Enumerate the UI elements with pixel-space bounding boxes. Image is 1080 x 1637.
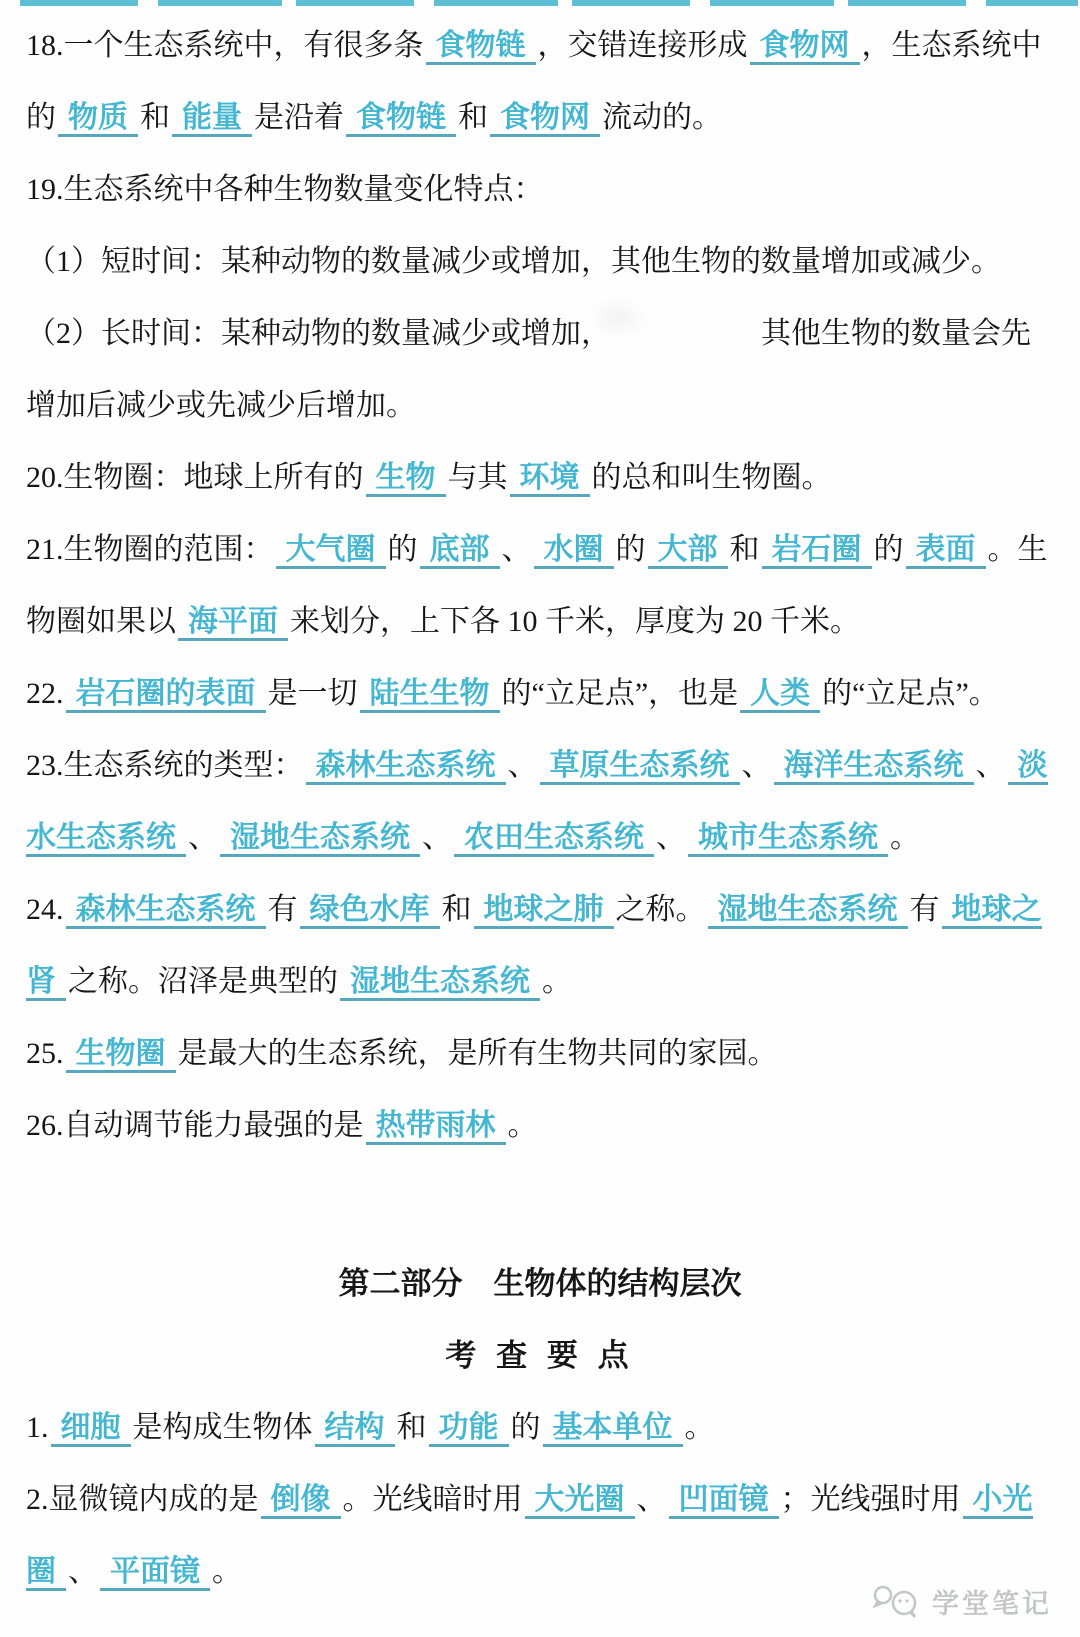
answer-blank: 生物: [366, 461, 446, 497]
text-run: 20.生物圈：地球上所有的: [26, 461, 364, 494]
text-run: 、: [656, 821, 686, 854]
answer-blank: 食物网: [750, 29, 860, 65]
text-run: 22.: [26, 677, 64, 710]
answer-blank: 绿色水库: [300, 893, 440, 929]
text-run: （1）短时间：某种动物的数量减少或增加，其他生物的数量增加或减少。: [26, 245, 1001, 278]
text-run: 是一切: [268, 677, 358, 710]
note-item-23: 23.生态系统的类型：森林生态系统、草原生态系统、海洋生态系统、淡水生态系统、湿…: [26, 730, 1054, 874]
answer-blank: 底部: [420, 533, 500, 569]
text-run: 23.生态系统的类型：: [26, 749, 304, 782]
text-run: 。: [542, 965, 572, 998]
watermark: 学堂笔记: [872, 1582, 1052, 1621]
answer-blank: 功能: [429, 1411, 509, 1447]
text-run: 2.显微镜内成的是: [26, 1483, 259, 1516]
text-run: 有: [910, 893, 940, 926]
section-subtitle: 考 查 要 点: [26, 1320, 1054, 1392]
answer-blank: 湿地生态系统: [340, 965, 540, 1001]
note-item-22: 22.岩石圈的表面是一切陆生生物的“立足点”，也是人类的“立足点”。: [26, 658, 1054, 730]
answer-blank: 森林生态系统: [306, 749, 506, 785]
answer-blank: 海洋生态系统: [774, 749, 974, 785]
answer-blank: 热带雨林: [366, 1109, 506, 1145]
answer-blank: 大气圈: [276, 533, 386, 569]
answer-blank: 地球之肺: [474, 893, 614, 929]
note-item-19-2: （2）长时间：某种动物的数量减少或增加，其他生物的数量会先增加后减少或先减少后增…: [26, 298, 1054, 442]
text-run: 、: [637, 1483, 667, 1516]
answer-blank: 草原生态系统: [540, 749, 740, 785]
answer-blank: 凹面镜: [669, 1483, 779, 1519]
answer-blank: 生物圈: [66, 1037, 176, 1073]
text-run: 、: [68, 1555, 98, 1588]
answer-blank: 陆生生物: [360, 677, 500, 713]
section-title: 第二部分 生物体的结构层次: [26, 1248, 1054, 1320]
text-run: 、: [188, 821, 218, 854]
text-run: 有: [268, 893, 298, 926]
answer-blank: 表面: [906, 533, 986, 569]
clipped-previous-line-strip: [20, 0, 1078, 6]
text-run: 、: [422, 821, 452, 854]
text-run: ，交错连接形成: [538, 29, 748, 62]
text-run: 、: [508, 749, 538, 782]
answer-blank: 森林生态系统: [66, 893, 266, 929]
answer-blank: 农田生态系统: [454, 821, 654, 857]
answer-blank: 人类: [740, 677, 820, 713]
text-run: 。: [890, 821, 920, 854]
answer-blank: 能量: [172, 101, 252, 137]
answer-blank: 细胞: [51, 1411, 131, 1447]
erased-watermark-smudge: [586, 296, 650, 340]
answer-blank: 海平面: [178, 605, 288, 641]
note-item-21: 21.生物圈的范围：大气圈的底部、水圈的大部和岩石圈的表面。生物圈如果以海平面来…: [26, 514, 1054, 658]
text-run: 、: [502, 533, 532, 566]
answer-blank: 结构: [315, 1411, 395, 1447]
text-run: 、: [742, 749, 772, 782]
text-run: 、: [976, 749, 1006, 782]
answer-blank: 环境: [510, 461, 590, 497]
text-run: 是最大的生态系统，是所有生物共同的家园。: [178, 1037, 778, 1070]
text-run: 的: [616, 533, 646, 566]
answer-blank: 岩石圈: [762, 533, 872, 569]
text-run: 是构成生物体: [133, 1411, 313, 1444]
text-run: 。: [508, 1109, 538, 1142]
text-run: 21.生物圈的范围：: [26, 533, 274, 566]
text-run: 的总和叫生物圈。: [592, 461, 832, 494]
answer-blank: 平面镜: [100, 1555, 210, 1591]
answer-blank: 基本单位: [543, 1411, 683, 1447]
text-run: 26.自动调节能力最强的是: [26, 1109, 364, 1142]
text-run: 的: [874, 533, 904, 566]
text-run: 的“立足点”，也是: [502, 677, 739, 710]
answer-blank: 湿地生态系统: [708, 893, 908, 929]
text-run: 和: [397, 1411, 427, 1444]
answer-blank: 物质: [58, 101, 138, 137]
watermark-label: 学堂笔记: [932, 1582, 1052, 1621]
text-run: 24.: [26, 893, 64, 926]
text-run: ；光线强时用: [781, 1483, 961, 1516]
text-run: 18.一个生态系统中，有很多条: [26, 29, 424, 62]
text-run: 25.: [26, 1037, 64, 1070]
answer-blank: 城市生态系统: [688, 821, 888, 857]
answer-blank: 水圈: [534, 533, 614, 569]
text-run: 的: [388, 533, 418, 566]
note-item-18: 18.一个生态系统中，有很多条食物链，交错连接形成食物网，生态系统中的物质和能量…: [26, 10, 1054, 154]
text-run: 来划分，上下各 10 千米，厚度为 20 千米。: [290, 605, 860, 638]
text-run: 之称。沼泽是典型的: [68, 965, 338, 998]
text-run: 。: [685, 1411, 715, 1444]
text-run: 1.: [26, 1411, 49, 1444]
text-run: 是沿着: [254, 101, 344, 134]
note-item-24: 24.森林生态系统有绿色水库和地球之肺之称。湿地生态系统有地球之肾之称。沼泽是典…: [26, 874, 1054, 1018]
document-page: 18.一个生态系统中，有很多条食物链，交错连接形成食物网，生态系统中的物质和能量…: [0, 0, 1080, 1637]
text-run: 的: [511, 1411, 541, 1444]
answer-blank: 大部: [648, 533, 728, 569]
chat-bubbles-icon: [872, 1584, 924, 1620]
note-item-20: 20.生物圈：地球上所有的生物与其环境的总和叫生物圈。: [26, 442, 1054, 514]
text-run: 和: [140, 101, 170, 134]
text-run: 。光线暗时用: [343, 1483, 523, 1516]
text-run: 与其: [448, 461, 508, 494]
note-item-26: 26.自动调节能力最强的是热带雨林。: [26, 1090, 1054, 1162]
answer-blank: 食物链: [426, 29, 536, 65]
text-run: 的“立足点”。: [822, 677, 999, 710]
text-run: 19.生态系统中各种生物数量变化特点：: [26, 173, 544, 206]
answer-blank: 食物链: [346, 101, 456, 137]
answer-blank: 岩石圈的表面: [66, 677, 266, 713]
text-run: 之称。: [616, 893, 706, 926]
text-run: 和: [442, 893, 472, 926]
note-item-25: 25.生物圈是最大的生态系统，是所有生物共同的家园。: [26, 1018, 1054, 1090]
note-item-19: 19.生态系统中各种生物数量变化特点：: [26, 154, 1054, 226]
text-run: （2）长时间：某种动物的数量减少或增加，: [26, 317, 611, 350]
text-run: 流动的。: [602, 101, 722, 134]
answer-blank: 湿地生态系统: [220, 821, 420, 857]
note-part2-item-1: 1.细胞是构成生物体结构和功能的基本单位。: [26, 1392, 1054, 1464]
note-item-19-1: （1）短时间：某种动物的数量减少或增加，其他生物的数量增加或减少。: [26, 226, 1054, 298]
answer-blank: 食物网: [490, 101, 600, 137]
answer-blank: 倒像: [261, 1483, 341, 1519]
text-run: 和: [458, 101, 488, 134]
text-run: 。: [212, 1555, 242, 1588]
answer-blank: 大光圈: [525, 1483, 635, 1519]
notes-content: 18.一个生态系统中，有很多条食物链，交错连接形成食物网，生态系统中的物质和能量…: [0, 0, 1080, 1608]
text-run: 和: [730, 533, 760, 566]
